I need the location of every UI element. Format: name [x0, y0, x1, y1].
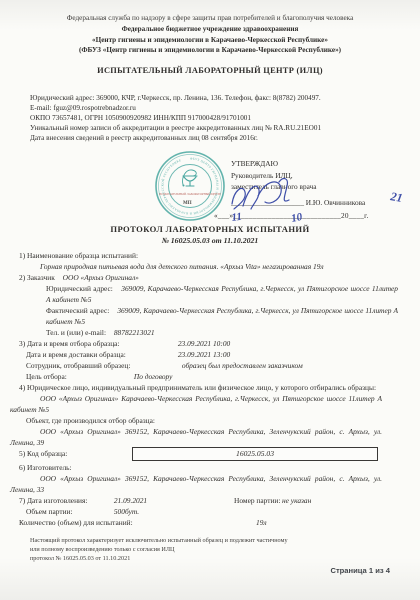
protocol-body: 1) Наименование образца испытаний: Горна…	[10, 250, 404, 528]
sampled-entity-value: ООО «Архыз Оригинал» Карачаево-Черкесска…	[10, 393, 382, 415]
sample-name-label: 1) Наименование образца испытаний:	[19, 250, 404, 261]
footnote-line-2: или полному воспроизведению только с сог…	[30, 545, 288, 554]
manufacturer-label: 6) Изготовитель:	[19, 462, 404, 473]
sampling-purpose-value: По договору	[134, 372, 173, 381]
signature-stroke-2	[258, 179, 289, 204]
batch-number-value: не указан	[282, 495, 311, 506]
org-reg-line: ОКПО 73657481, ОГРН 1050900920982 ИНН/КП…	[30, 113, 410, 123]
sampling-datetime-label: 3) Дата и время отбора образца:	[19, 338, 176, 349]
sampling-employee-label: Сотрудник, отобравший образец:	[26, 360, 180, 371]
test-quantity-value: 19л	[256, 517, 267, 528]
delivery-datetime-value: 23.09.2021 13:00	[178, 350, 230, 359]
bowl-of-hygieia-icon	[183, 170, 198, 187]
tel-label: Тел. и (или) e-mail:	[46, 328, 106, 337]
batch-volume-row: Объем партии: 500бут.	[26, 506, 404, 517]
org-abbr-line: (ФБУЗ «Центр гигиены и эпидемиологии в К…	[0, 45, 420, 56]
org-info: Юридический адрес: 369000, КЧР, г.Черкес…	[30, 93, 410, 143]
sampling-object-value: ООО «Архыз Оригинал» 369152, Карачаево-Ч…	[10, 426, 382, 448]
org-accreditation-date-line: Дата внесения сведений в реестр аккредит…	[30, 133, 410, 143]
sampled-entity-label: 4) Юридическое лицо, индивидуальный пред…	[10, 382, 382, 393]
letterhead: Федеральная служба по надзору в сфере за…	[0, 13, 420, 56]
manufacture-date-row: 7) Дата изготовления: 21.09.2021 Номер п…	[19, 495, 404, 506]
handwritten-year: 21	[388, 189, 403, 205]
tel-value: 88782213021	[114, 328, 155, 337]
stamp-mp-label: МП	[183, 201, 192, 206]
footnote-line-3: протокол № 16025.05.03 от 11.10.2021	[30, 554, 288, 563]
org-type-line: Федеральное бюджетное учреждение здравоо…	[0, 24, 420, 35]
org-address-line: Юридический адрес: 369000, КЧР, г.Черкес…	[30, 93, 410, 103]
customer-value: ООО «Архыз Оригинал»	[63, 273, 139, 282]
agency-line: Федеральная служба по надзору в сфере за…	[0, 13, 420, 24]
batch-volume-label: Объем партии:	[26, 506, 112, 517]
sampling-purpose-label: Цель отбора:	[26, 371, 132, 382]
stamp-center-text: ИСПЫТАТЕЛЬНЫЙ ЛАБОРАТОРНЫЙ ЦЕНТР	[159, 191, 221, 196]
actual-address-label: Фактический адрес:	[46, 306, 109, 315]
handwritten-day: 11	[231, 211, 243, 224]
sampling-datetime-value: 23.09.2021 10:00	[178, 339, 230, 348]
sampling-purpose-row: Цель отбора: По договору	[26, 371, 404, 382]
sample-code-row: 5) Код образца: 16025.05.03	[19, 448, 404, 462]
legal-address-label: Юридический адрес:	[46, 284, 113, 293]
protocol-document-page: Федеральная служба по надзору в сфере за…	[0, 0, 420, 600]
batch-number-label: Номер партии:	[234, 495, 280, 506]
org-email-line: E-mail: fguz@09.rospotrebnadzor.ru	[30, 103, 410, 113]
lab-center-title: ИСПЫТАТЕЛЬНЫЙ ЛАБОРАТОРНЫЙ ЦЕНТР (ИЛЦ)	[0, 66, 420, 75]
actual-address: Фактический адрес: 369009, Карачаево-Чер…	[46, 305, 398, 327]
sample-code-label: 5) Код образца:	[19, 449, 67, 458]
legal-address: Юридический адрес: 369009, Карачаево-Чер…	[46, 283, 398, 305]
delivery-datetime-label: Дата и время доставки образца:	[26, 349, 176, 360]
page-number: Страница 1 из 4	[0, 566, 390, 575]
protocol-number: № 16025.05.03 от 11.10.2021	[0, 236, 420, 245]
tel-row: Тел. и (или) e-mail: 88782213021	[46, 327, 404, 338]
delivery-datetime-row: Дата и время доставки образца: 23.09.202…	[26, 349, 404, 360]
protocol-title: ПРОТОКОЛ ЛАБОРАТОРНЫХ ИСПЫТАНИЙ	[0, 224, 420, 234]
signature-stroke-1	[232, 186, 259, 209]
footnote-line-1: Настоящий протокол характеризует исключи…	[30, 536, 288, 545]
footnote: Настоящий протокол характеризует исключи…	[30, 536, 288, 563]
sampling-datetime-row: 3) Дата и время отбора образца: 23.09.20…	[19, 338, 404, 349]
sampling-employee-value: образец был предоставлен заказчиком	[182, 361, 303, 370]
test-quantity-label: Количество (объем) для испытаний:	[19, 518, 133, 527]
approve-label: УТВЕРЖДАЮ	[231, 158, 368, 170]
test-quantity-row: Количество (объем) для испытаний: 19л	[19, 517, 404, 528]
batch-volume-value: 500бут.	[114, 507, 139, 516]
sample-code-box: 16025.05.03	[132, 447, 378, 461]
org-accreditation-line: Уникальный номер записи об аккредитации …	[30, 123, 410, 133]
customer-row: 2) Заказчик ООО «Архыз Оригинал»	[19, 272, 404, 283]
manufacture-date-value: 21.09.2021	[114, 496, 147, 505]
customer-label: 2) Заказчик	[19, 273, 55, 282]
org-name-line: «Центр гигиены и эпидемиологии в Карачае…	[0, 35, 420, 46]
sampling-employee-row: Сотрудник, отобравший образец: образец б…	[26, 360, 404, 371]
sample-name-value: Горная природная питьевая вода для детск…	[10, 261, 404, 272]
manufacture-date-label: 7) Дата изготовления:	[19, 495, 112, 506]
sampling-object-label: Объект, где производился отбор образца:	[26, 415, 404, 426]
manufacturer-value: ООО «Архыз Оригинал» 369152, Карачаево-Ч…	[10, 473, 382, 495]
handwritten-month: 10	[290, 211, 304, 225]
